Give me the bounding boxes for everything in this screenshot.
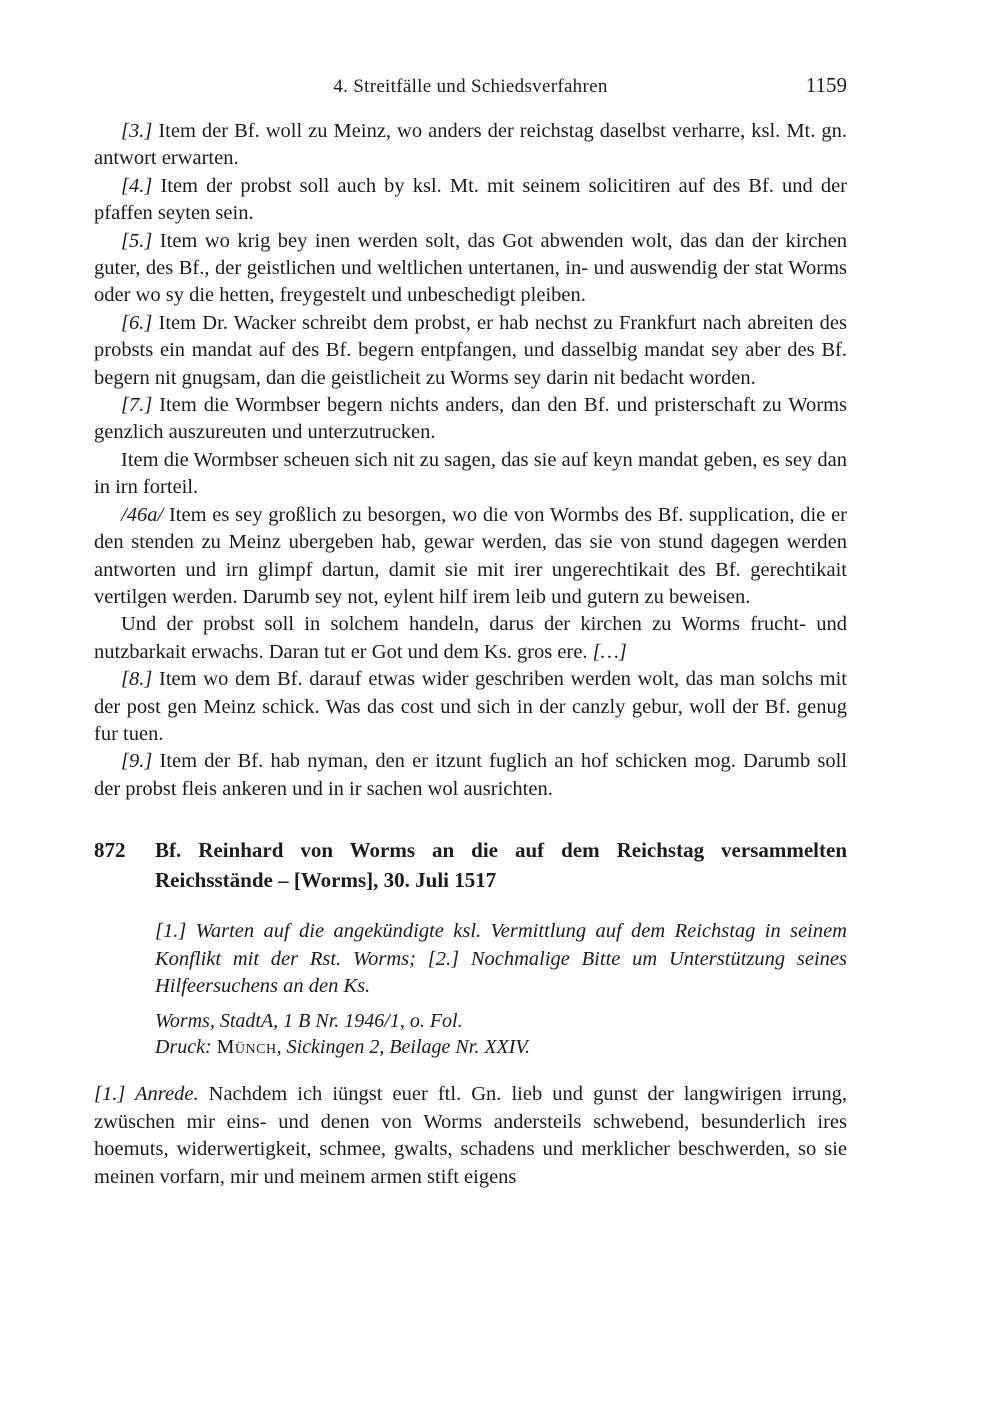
paragraph-text: Und der probst soll in solchem handeln, … <box>94 613 847 662</box>
entry-number: 872 <box>94 835 155 895</box>
paragraph-marker: [3.] <box>121 120 152 142</box>
paragraph-marker: [6.] <box>121 312 152 334</box>
running-head: 4. Streitfälle und Schiedsverfahren 1159 <box>94 76 847 102</box>
text-column: 4. Streitfälle und Schiedsverfahren 1159… <box>94 76 847 1191</box>
paragraph-marker: [1.] Anrede. <box>94 1083 199 1105</box>
paragraph-text: Item wo dem Bf. darauf etwas wider gesch… <box>94 668 847 745</box>
paragraph-text: Item es sey großlich zu besorgen, wo die… <box>94 504 847 608</box>
body-paragraph: [4.] Item der probst soll auch by ksl. M… <box>94 173 847 228</box>
body-paragraph: [7.] Item die Wormbser begern nichts and… <box>94 392 847 447</box>
paragraph-text: Item die Wormbser begern nichts anders, … <box>94 394 847 443</box>
entry-heading: 872 Bf. Reinhard von Worms an die auf de… <box>94 835 847 895</box>
body-paragraph: /46a/ Item es sey großlich zu besorgen, … <box>94 502 847 612</box>
print-author: Münch <box>217 1036 277 1058</box>
body-paragraph: Item die Wormbser scheuen sich nit zu sa… <box>94 447 847 502</box>
document-entry-872: 872 Bf. Reinhard von Worms an die auf de… <box>94 835 847 1060</box>
paragraph-text: Item Dr. Wacker schreibt dem probst, er … <box>94 312 847 389</box>
body-paragraph: Und der probst soll in solchem handeln, … <box>94 611 847 666</box>
paragraph-text: Item wo krig bey inen werden solt, das G… <box>94 230 847 307</box>
body-paragraph: [5.] Item wo krig bey inen werden solt, … <box>94 228 847 310</box>
letter-paragraph: [1.] Anrede. Nachdem ich iüngst euer ftl… <box>94 1081 847 1191</box>
document-871-text: [3.] Item der Bf. woll zu Meinz, wo ande… <box>94 118 847 803</box>
page-number: 1159 <box>806 73 847 98</box>
print-label: Druck: <box>155 1036 212 1058</box>
paragraph-text: Item der probst soll auch by ksl. Mt. mi… <box>94 175 847 224</box>
paragraph-marker: [9.] <box>121 750 152 772</box>
paragraph-text: Item der Bf. hab nyman, den er itzunt fu… <box>94 750 847 799</box>
running-head-title: 4. Streitfälle und Schiedsverfahren <box>94 76 847 98</box>
paragraph-marker: [5.] <box>121 230 152 252</box>
paragraph-text: Item die Wormbser scheuen sich nit zu sa… <box>94 449 847 498</box>
print-rest: , Sickingen 2, Beilage Nr. XXIV. <box>277 1036 530 1058</box>
paragraph-marker: /46a/ <box>121 504 163 526</box>
body-paragraph: [9.] Item der Bf. hab nyman, den er itzu… <box>94 748 847 803</box>
paragraph-marker: [8.] <box>121 668 152 690</box>
body-paragraph: [8.] Item wo dem Bf. darauf etwas wider … <box>94 666 847 748</box>
letter-text: [1.] Anrede. Nachdem ich iüngst euer ftl… <box>94 1081 847 1191</box>
archive-reference: Worms, StadtA, 1 B Nr. 1946/1, o. Fol. <box>155 1009 847 1035</box>
paragraph-marker: [7.] <box>121 394 152 416</box>
paragraph-marker: [4.] <box>121 175 152 197</box>
entry-summary: [1.] Warten auf die angekündigte ksl. Ve… <box>155 918 847 1000</box>
paragraph-text: Nachdem ich iüngst euer ftl. Gn. lieb un… <box>94 1083 847 1187</box>
entry-references: Worms, StadtA, 1 B Nr. 1946/1, o. Fol. D… <box>155 1009 847 1060</box>
paragraph-text: Item der Bf. woll zu Meinz, wo anders de… <box>94 120 847 169</box>
body-paragraph: [6.] Item Dr. Wacker schreibt dem probst… <box>94 310 847 392</box>
omission-mark: […] <box>593 641 627 663</box>
body-paragraph: [3.] Item der Bf. woll zu Meinz, wo ande… <box>94 118 847 173</box>
entry-title: Bf. Reinhard von Worms an die auf dem Re… <box>155 835 847 895</box>
print-reference: Druck: Münch, Sickingen 2, Beilage Nr. X… <box>155 1035 847 1061</box>
book-page: 4. Streitfälle und Schiedsverfahren 1159… <box>0 0 1004 1418</box>
